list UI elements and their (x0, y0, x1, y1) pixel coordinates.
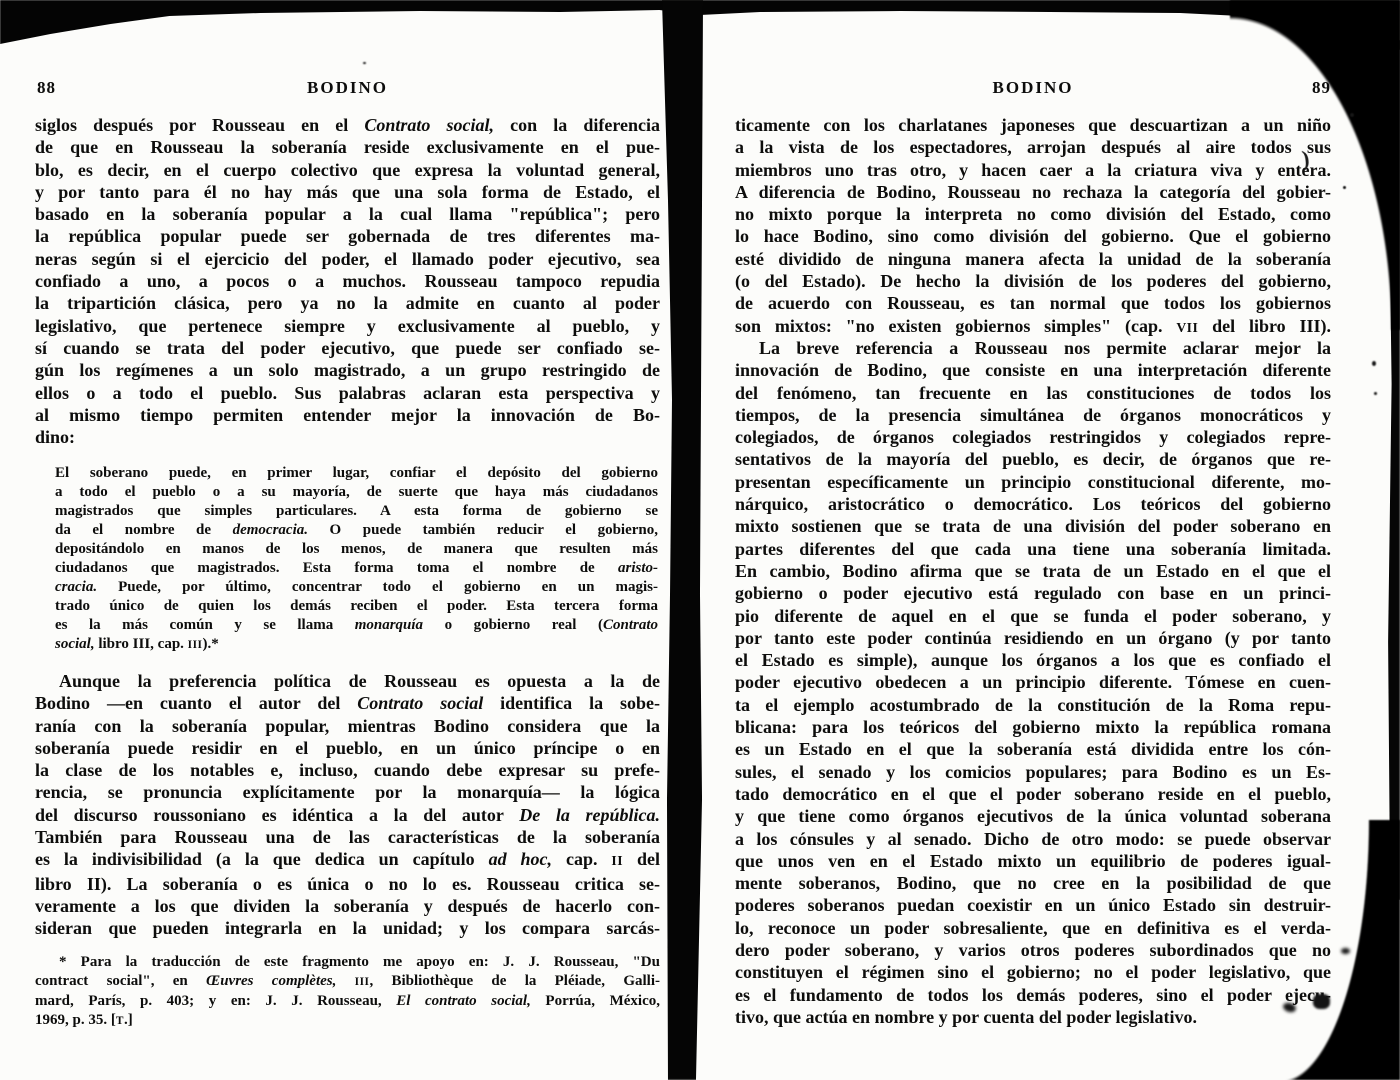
text-line: tiempos, de la presencia simultánea de ó… (735, 404, 1331, 426)
text-line: al mismo tiempo permiten entender mejor … (35, 404, 660, 426)
text-line: siglos después por Rousseau en el Contra… (35, 114, 660, 136)
paragraph-continuation: siglos después por Rousseau en el Contra… (35, 114, 660, 448)
text-line: ciudadanos que magistrados. Esta forma t… (55, 559, 658, 578)
ink-smudge (1341, 948, 1350, 954)
text-line: a los cónsules y al senado. Dicho de otr… (735, 828, 1331, 850)
text-line: trado único de quien los demás reciben e… (55, 597, 658, 616)
text-line: la república popular puede ser gobernada… (35, 225, 660, 247)
text-line: mente soberanos, Bodino, que no cree en … (735, 872, 1331, 894)
text-line: la clase de los notables e, incluso, cua… (35, 759, 660, 781)
paragraph-continuation: ticamente con los charlatanes japoneses … (735, 114, 1331, 339)
text-line: son mixtos: "no existen gobiernos simple… (735, 315, 1331, 339)
paragraph: Aunque la preferencia política de Rousse… (35, 670, 660, 940)
text-line: es la indivisibilidad (a la que dedica u… (35, 848, 660, 872)
text-line: A diferencia de Bodino, Rousseau no rech… (735, 181, 1331, 203)
text-line: sideran que pueden integrarla en la unid… (35, 917, 660, 939)
text-line: basado en la soberanía popular a la cual… (35, 203, 660, 225)
ink-speck (1343, 186, 1346, 189)
text-line: confiado a uno, a pocos o a muchos. Rous… (35, 270, 660, 292)
text-line: pio diferente de aquel en el que se fund… (735, 605, 1331, 627)
text-line: La breve referencia a Rousseau nos permi… (735, 337, 1331, 359)
paragraph: La breve referencia a Rousseau nos permi… (735, 337, 1331, 1028)
block-quote: El soberano puede, en primer lugar, conf… (55, 464, 658, 655)
text-line: a todo el pueblo o a su mayoría, de suer… (55, 483, 658, 502)
text-line: el Estado es simple), aunque los órganos… (735, 649, 1331, 671)
text-line: (o del Estado). De hecho la división de … (735, 270, 1331, 292)
text-line: contract social", en Œuvres complètes, I… (35, 972, 660, 992)
text-line: ranía con la soberanía popular, mientras… (35, 715, 660, 737)
text-line: poder ejecutivo obedecen a un principio … (735, 671, 1331, 693)
text-line: tivo, que actúa en nombre y por cuenta d… (735, 1006, 1331, 1028)
text-line: nárquico, aristocrático o democrático. L… (735, 493, 1331, 515)
text-line: sentativos de la mayoría del pueblo, es … (735, 448, 1331, 470)
text-line: da el nombre de democracia. O puede tamb… (55, 521, 658, 540)
text-line: constituyen el régimen sino el gobierno;… (735, 961, 1331, 983)
text-line: rencia, se pronuncia explícitamente por … (35, 781, 660, 803)
text-line: que unos ven en el Estado mixto un equil… (735, 850, 1331, 872)
text-line: El soberano puede, en primer lugar, conf… (55, 464, 658, 483)
text-line: gobierno o poder ejecutivo está regulado… (735, 582, 1331, 604)
text-line: legislativo, que pertenece siempre y exc… (35, 315, 660, 337)
text-line: Aunque la preferencia política de Rousse… (35, 670, 660, 692)
text-line: de que en Rousseau la soberanía reside e… (35, 136, 660, 158)
text-line: 1969, p. 35. [T.] (35, 1011, 660, 1031)
text-line: la tripartición clásica, pero ya no la a… (35, 292, 660, 314)
text-line: del fenómeno, tan frecuente en las const… (735, 382, 1331, 404)
text-line: blicana: para los teóricos del gobierno … (735, 716, 1331, 738)
text-line: tado democrático en el que el poder sobe… (735, 783, 1331, 805)
footnote: * Para la traducción de este fragmento m… (35, 953, 660, 1031)
gutter-shadow-band (655, 0, 710, 1080)
text-line: y que tiene como órganos ejecutivos de l… (735, 805, 1331, 827)
page-right: 89 BODINO ticamente con los charlatanes … (735, 0, 1331, 1080)
text-line: dino: (35, 426, 660, 448)
text-line: innovación de Bodino, que consiste en un… (735, 359, 1331, 381)
text-line: lo, reconoce un poder sobresaliente, que… (735, 917, 1331, 939)
text-line: mard, París, p. 403; y en: J. J. Roussea… (35, 992, 660, 1011)
text-line: dero poder soberano, y varios otros pode… (735, 939, 1331, 961)
running-header-left: BODINO (35, 78, 660, 98)
text-line: veramente a los que dividen la soberanía… (35, 895, 660, 917)
text-line: sí cuando se trata del poder ejecutivo, … (35, 337, 660, 359)
text-line: sules, el senado y los comicios populare… (735, 761, 1331, 783)
text-line: social, libro III, cap. III).* (55, 635, 658, 655)
text-line: y por tanto para él no hay más que una s… (35, 181, 660, 203)
text-line: a la vista de los espectadores, arrojan … (735, 136, 1331, 158)
text-line: no mixto porque la interpreta no como di… (735, 203, 1331, 225)
text-line: poderes soberanos puedan coexistir en un… (735, 894, 1331, 916)
text-line: * Para la traducción de este fragmento m… (35, 953, 660, 972)
text-line: blo, es decir, en el cuerpo colectivo qu… (35, 159, 660, 181)
ink-speck (1374, 392, 1377, 395)
text-line: libro II). La soberanía o es única o no … (35, 873, 660, 895)
right-edge-scan-band (1386, 40, 1400, 900)
ink-speck (1372, 361, 1376, 366)
text-line: miembros uno tras otro, y hacen caer a l… (735, 159, 1331, 181)
text-line: del discurso roussoniano es idéntica a l… (35, 804, 660, 826)
text-line: gún los regímenes a un solo magistrado, … (35, 359, 660, 381)
text-line: neras según si el ejercicio del poder, e… (35, 248, 660, 270)
ink-speck (1350, 113, 1354, 117)
running-header-right: BODINO (735, 78, 1331, 98)
text-line: ta el ejemplo acostumbrado de la constit… (735, 694, 1331, 716)
book-scan: 88 BODINO siglos después por Rousseau en… (0, 0, 1400, 1080)
text-line: magistrados que simples particulares. A … (55, 502, 658, 521)
text-line: lo hace Bodino, sino como división del g… (735, 225, 1331, 247)
text-line: es un Estado en el que la soberanía está… (735, 738, 1331, 760)
text-line: mixto sostienen que se trata de una divi… (735, 515, 1331, 537)
text-line: cracia. Puede, por último, concentrar to… (55, 578, 658, 597)
text-line: También para Rousseau una de las caracte… (35, 826, 660, 848)
page-left: 88 BODINO siglos después por Rousseau en… (35, 0, 660, 1080)
text-line: es la más común y se llama monarquía o g… (55, 616, 658, 635)
text-line: de acuerdo con Rousseau, es tan normal q… (735, 292, 1331, 314)
text-line: esté dividido de ninguna manera afecta l… (735, 248, 1331, 270)
text-line: depositándolo en manos de los menos, de … (55, 540, 658, 559)
text-line: En cambio, Bodino afirma que se trata de… (735, 560, 1331, 582)
text-line: es el fundamento de todos los demás pode… (735, 984, 1331, 1006)
text-line: partes diferentes del que cada una tiene… (735, 538, 1331, 560)
text-line: por tanto este poder continúa residiendo… (735, 627, 1331, 649)
text-line: colegiados, de órganos colegiados restri… (735, 426, 1331, 448)
text-line: soberanía puede residir en el pueblo, en… (35, 737, 660, 759)
text-line: ticamente con los charlatanes japoneses … (735, 114, 1331, 136)
text-line: ellos o a todo el pueblo. Sus palabras a… (35, 382, 660, 404)
text-line: presentan específicamente un principio c… (735, 471, 1331, 493)
text-line: Bodino —en cuanto el autor del Contrato … (35, 692, 660, 714)
